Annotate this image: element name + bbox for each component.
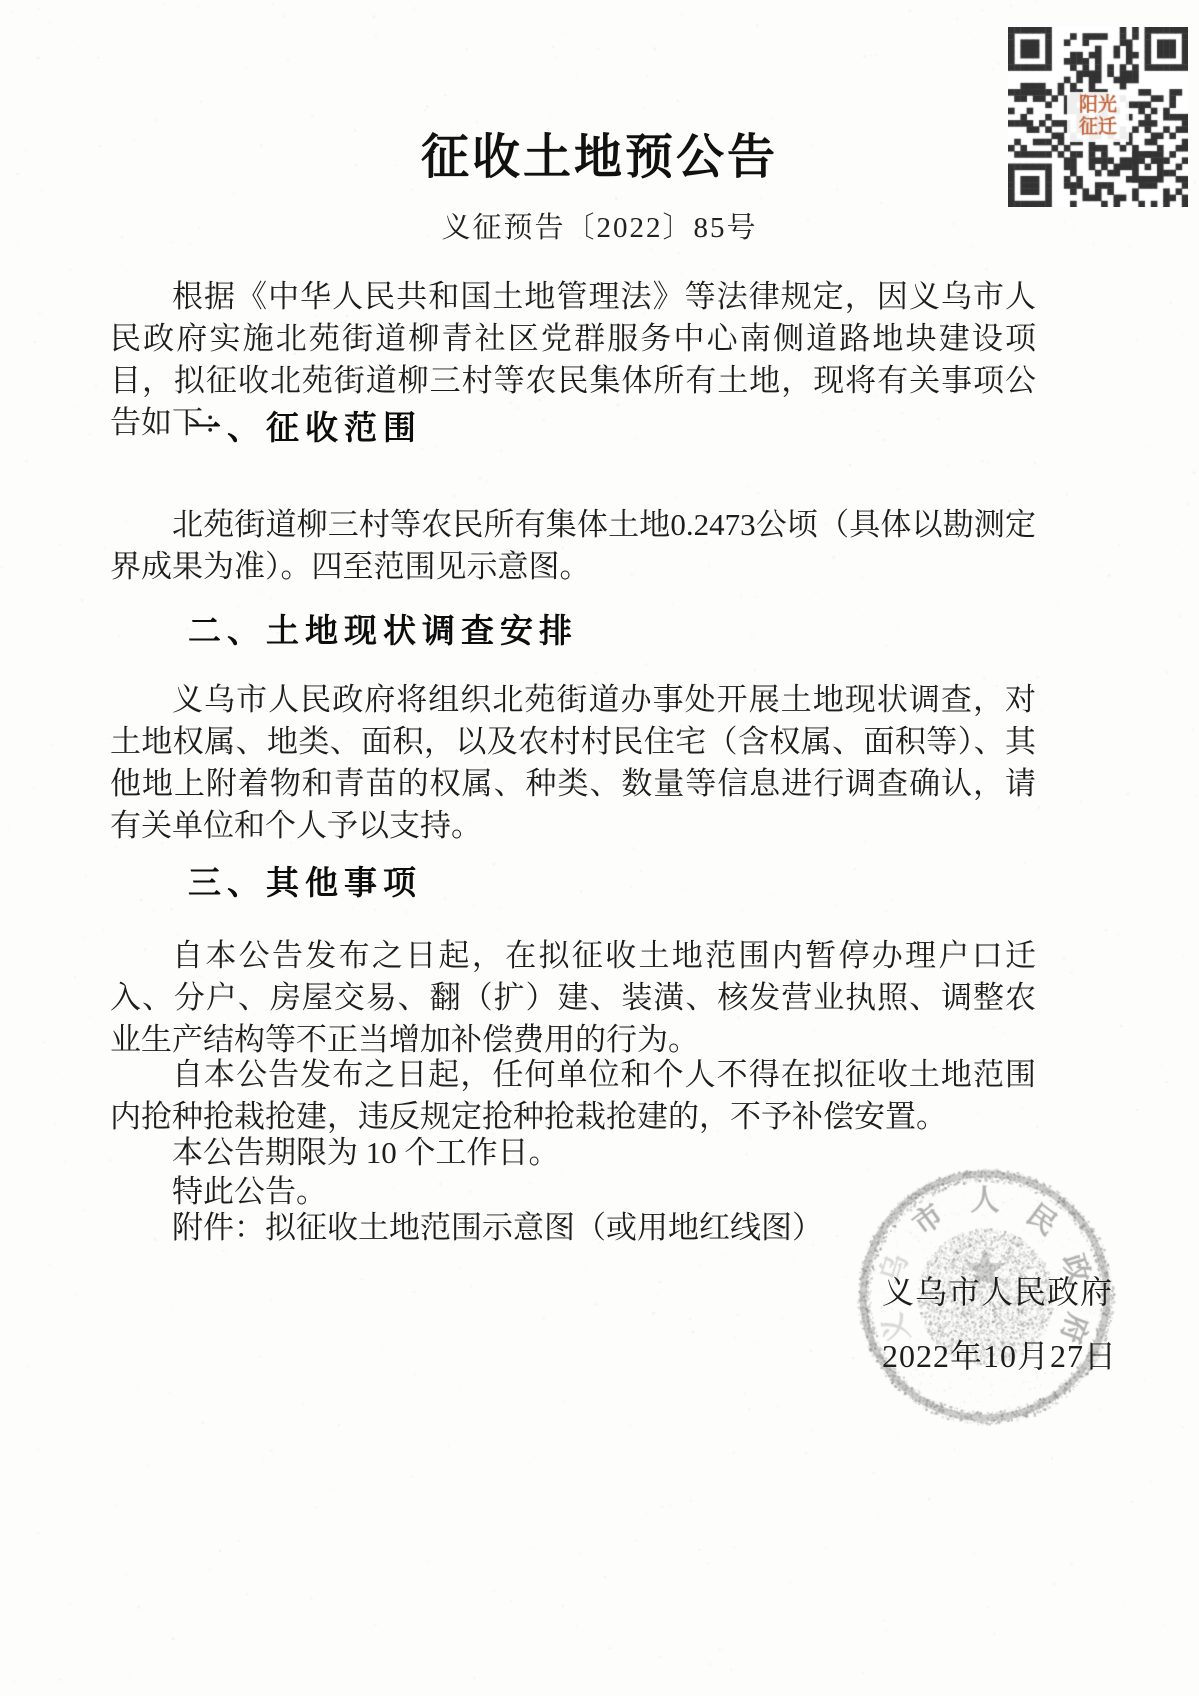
scan-noise-texture	[0, 0, 1199, 1696]
attachment-line: 附件：拟征收土地范围示意图（或用地红线图）	[110, 1207, 1036, 1249]
section-3-heading: 三、其他事项	[110, 863, 1036, 903]
section-2-heading: 二、土地现状调查安排	[110, 611, 1036, 651]
section-3-paragraph-1: 自本公告发布之日起，在拟征收土地范围内暂停办理户口迁入、分户、房屋交易、翻（扩）…	[110, 935, 1036, 1061]
document-number: 义征预告〔2022〕85号	[0, 210, 1199, 246]
section-3-paragraph-2: 自本公告发布之日起，任何单位和个人不得在拟征收土地范围内抢种抢栽抢建，违反规定抢…	[110, 1054, 1036, 1138]
section-1-paragraph: 北苑街道柳三村等农民所有集体土地0.2473公顷（具体以勘测定界成果为准）。四至…	[110, 504, 1036, 588]
scanned-notice-page: 征收土地预公告 义征预告〔2022〕85号 根据《中华人民共和国土地管理法》等法…	[0, 0, 1199, 1696]
section-2-paragraph: 义乌市人民政府将组织北苑街道办事处开展土地现状调查，对土地权属、地类、面积，以及…	[110, 679, 1036, 847]
notice-period-line: 本公告期限为 10 个工作日。	[110, 1132, 1036, 1174]
page-title: 征收土地预公告	[0, 130, 1199, 186]
section-1-heading: 一、征收范围	[110, 408, 1036, 448]
issuer-signature: 义乌市人民政府	[882, 1272, 1113, 1312]
issue-date: 2022年10月27日	[882, 1336, 1117, 1376]
